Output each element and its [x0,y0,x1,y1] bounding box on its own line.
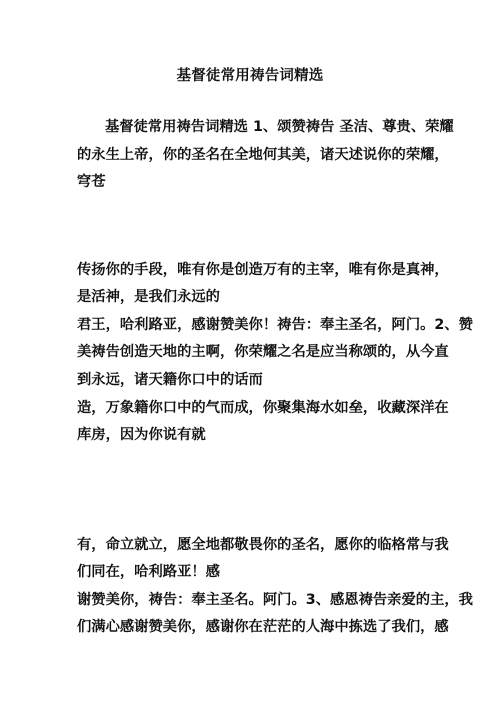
text-line: 是活神，是我们永远的 [77,287,422,307]
text-line: 库房，因为你说有就 [77,425,422,445]
text-line: 穹苍 [77,172,422,192]
text-line: 们同在，哈利路亚！感 [77,562,422,582]
text-line: 谢赞美你，祷告：奉主圣名。阿门。3、感恩祷告亲爱的主，我 [77,590,422,610]
text-line: 有，命立就立，愿全地都敬畏你的圣名，愿你的临格常与我 [77,535,422,555]
text-line: 君王，哈利路亚，感谢赞美你！祷告：奉主圣名，阿门。2、赞 [77,315,422,335]
text-line: 传扬你的手段，唯有你是创造万有的主宰，唯有你是真神， [77,260,422,280]
document-title: 基督徒常用祷告词精选 [0,64,500,85]
text-line: 造，万象籍你口中的气而成，你聚集海水如垒，收藏深洋在 [77,398,422,418]
text-line: 们满心感谢赞美你，感谢你在茫茫的人海中拣选了我们，感 [77,617,422,637]
text-line: 的永生上帝，你的圣名在全地何其美，诸天述说你的荣耀， [77,145,422,165]
text-line: 到永远，诸天籍你口中的话而 [77,370,422,390]
text-line: 美祷告创造天地的主啊，你荣耀之名是应当称颂的，从今直 [77,342,422,362]
text-line: 基督徒常用祷告词精选 1、颂赞祷告 圣洁、尊贵、荣耀 [105,117,450,137]
